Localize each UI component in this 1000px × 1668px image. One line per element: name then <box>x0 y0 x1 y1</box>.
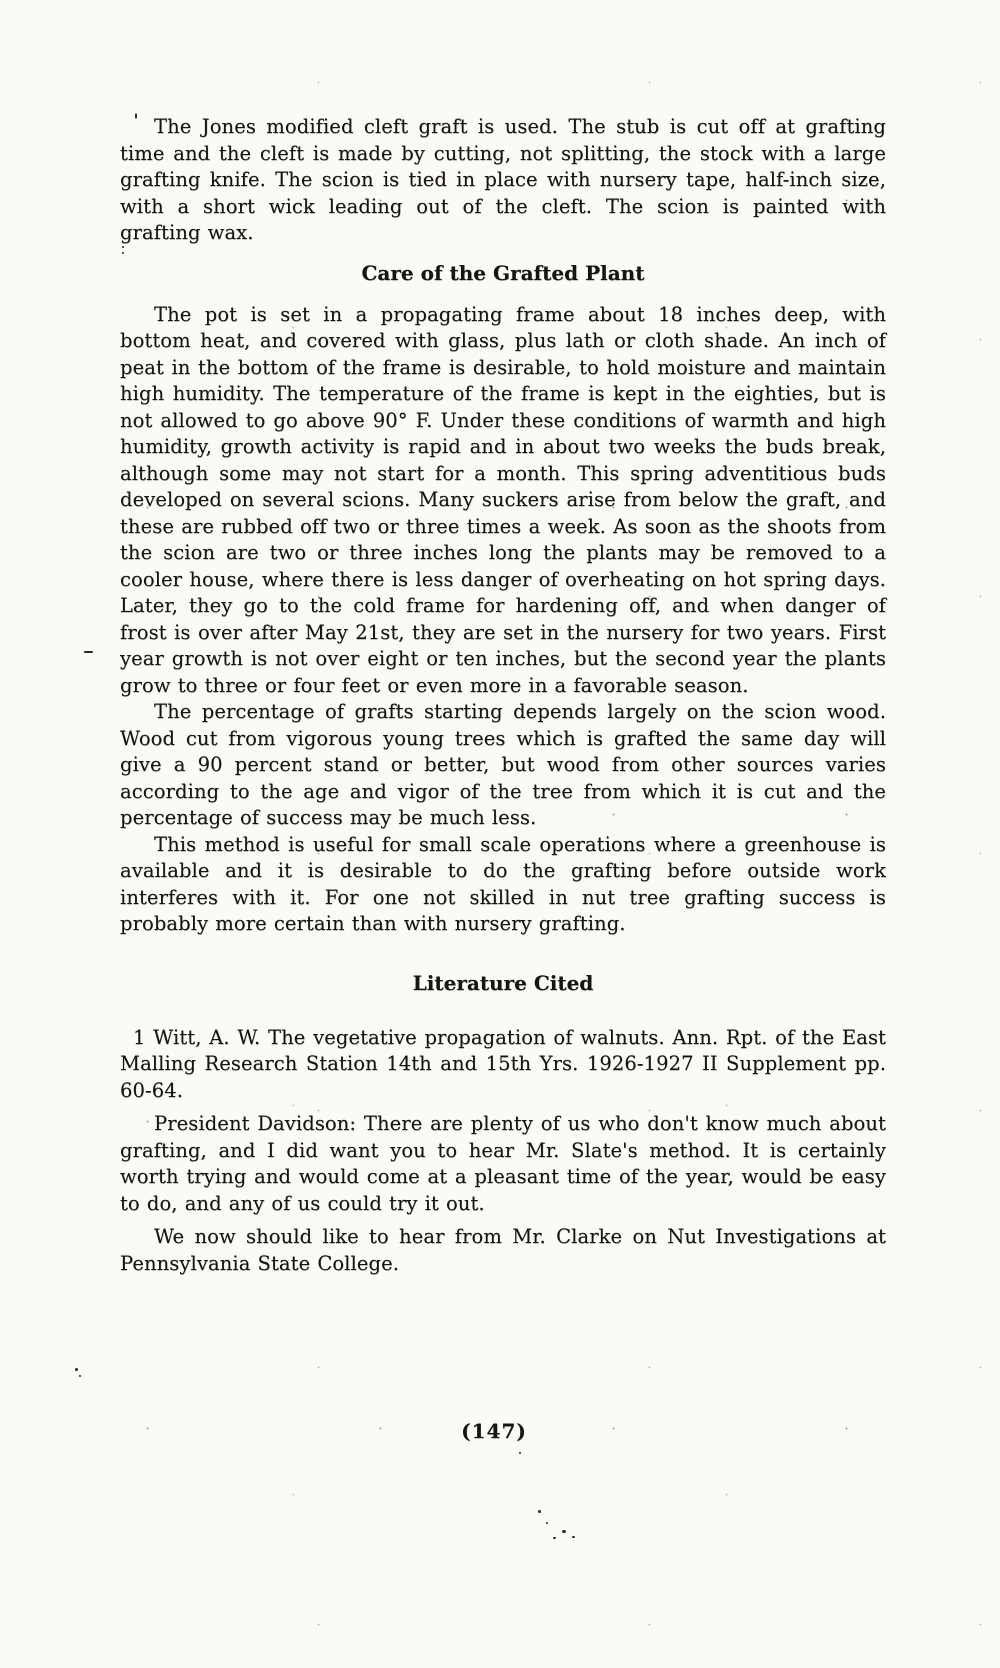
citation-witt-walnut-propagation: 1 Witt, A. W. The vegetative propagation… <box>120 1025 886 1105</box>
page-content: The Jones modified cleft graft is used. … <box>120 114 886 1277</box>
paragraph-graft-percentage: The percentage of grafts starting depend… <box>120 699 886 832</box>
paragraph-grafting-method: The Jones modified cleft graft is used. … <box>120 114 886 247</box>
paragraph-method-usefulness: This method is useful for small scale op… <box>120 832 886 938</box>
paragraph-president-davidson-remark: President Davidson: There are plenty of … <box>120 1111 886 1217</box>
scan-speck <box>79 1375 81 1377</box>
scan-speck <box>122 252 124 254</box>
scan-speck <box>538 1510 541 1513</box>
scan-speck <box>135 113 137 119</box>
paragraph-closing-remark: We now should like to hear from Mr. Clar… <box>120 1224 886 1277</box>
page-number: (147) <box>0 1419 988 1443</box>
scan-speck <box>122 246 124 248</box>
document-page: The Jones modified cleft graft is used. … <box>0 0 1000 1668</box>
paragraph-propagating-frame: The pot is set in a propagating frame ab… <box>120 302 886 700</box>
heading-care-of-the-grafted-plant: Care of the Grafted Plant <box>120 260 886 287</box>
scan-speck <box>519 1452 521 1454</box>
scan-speck <box>562 1530 566 1533</box>
scan-speck <box>84 651 93 653</box>
scan-speck <box>572 1536 575 1538</box>
heading-literature-cited: Literature Cited <box>120 970 886 997</box>
scan-speck <box>546 1522 548 1524</box>
scan-speck <box>553 1537 556 1539</box>
scan-speck <box>75 1368 78 1371</box>
